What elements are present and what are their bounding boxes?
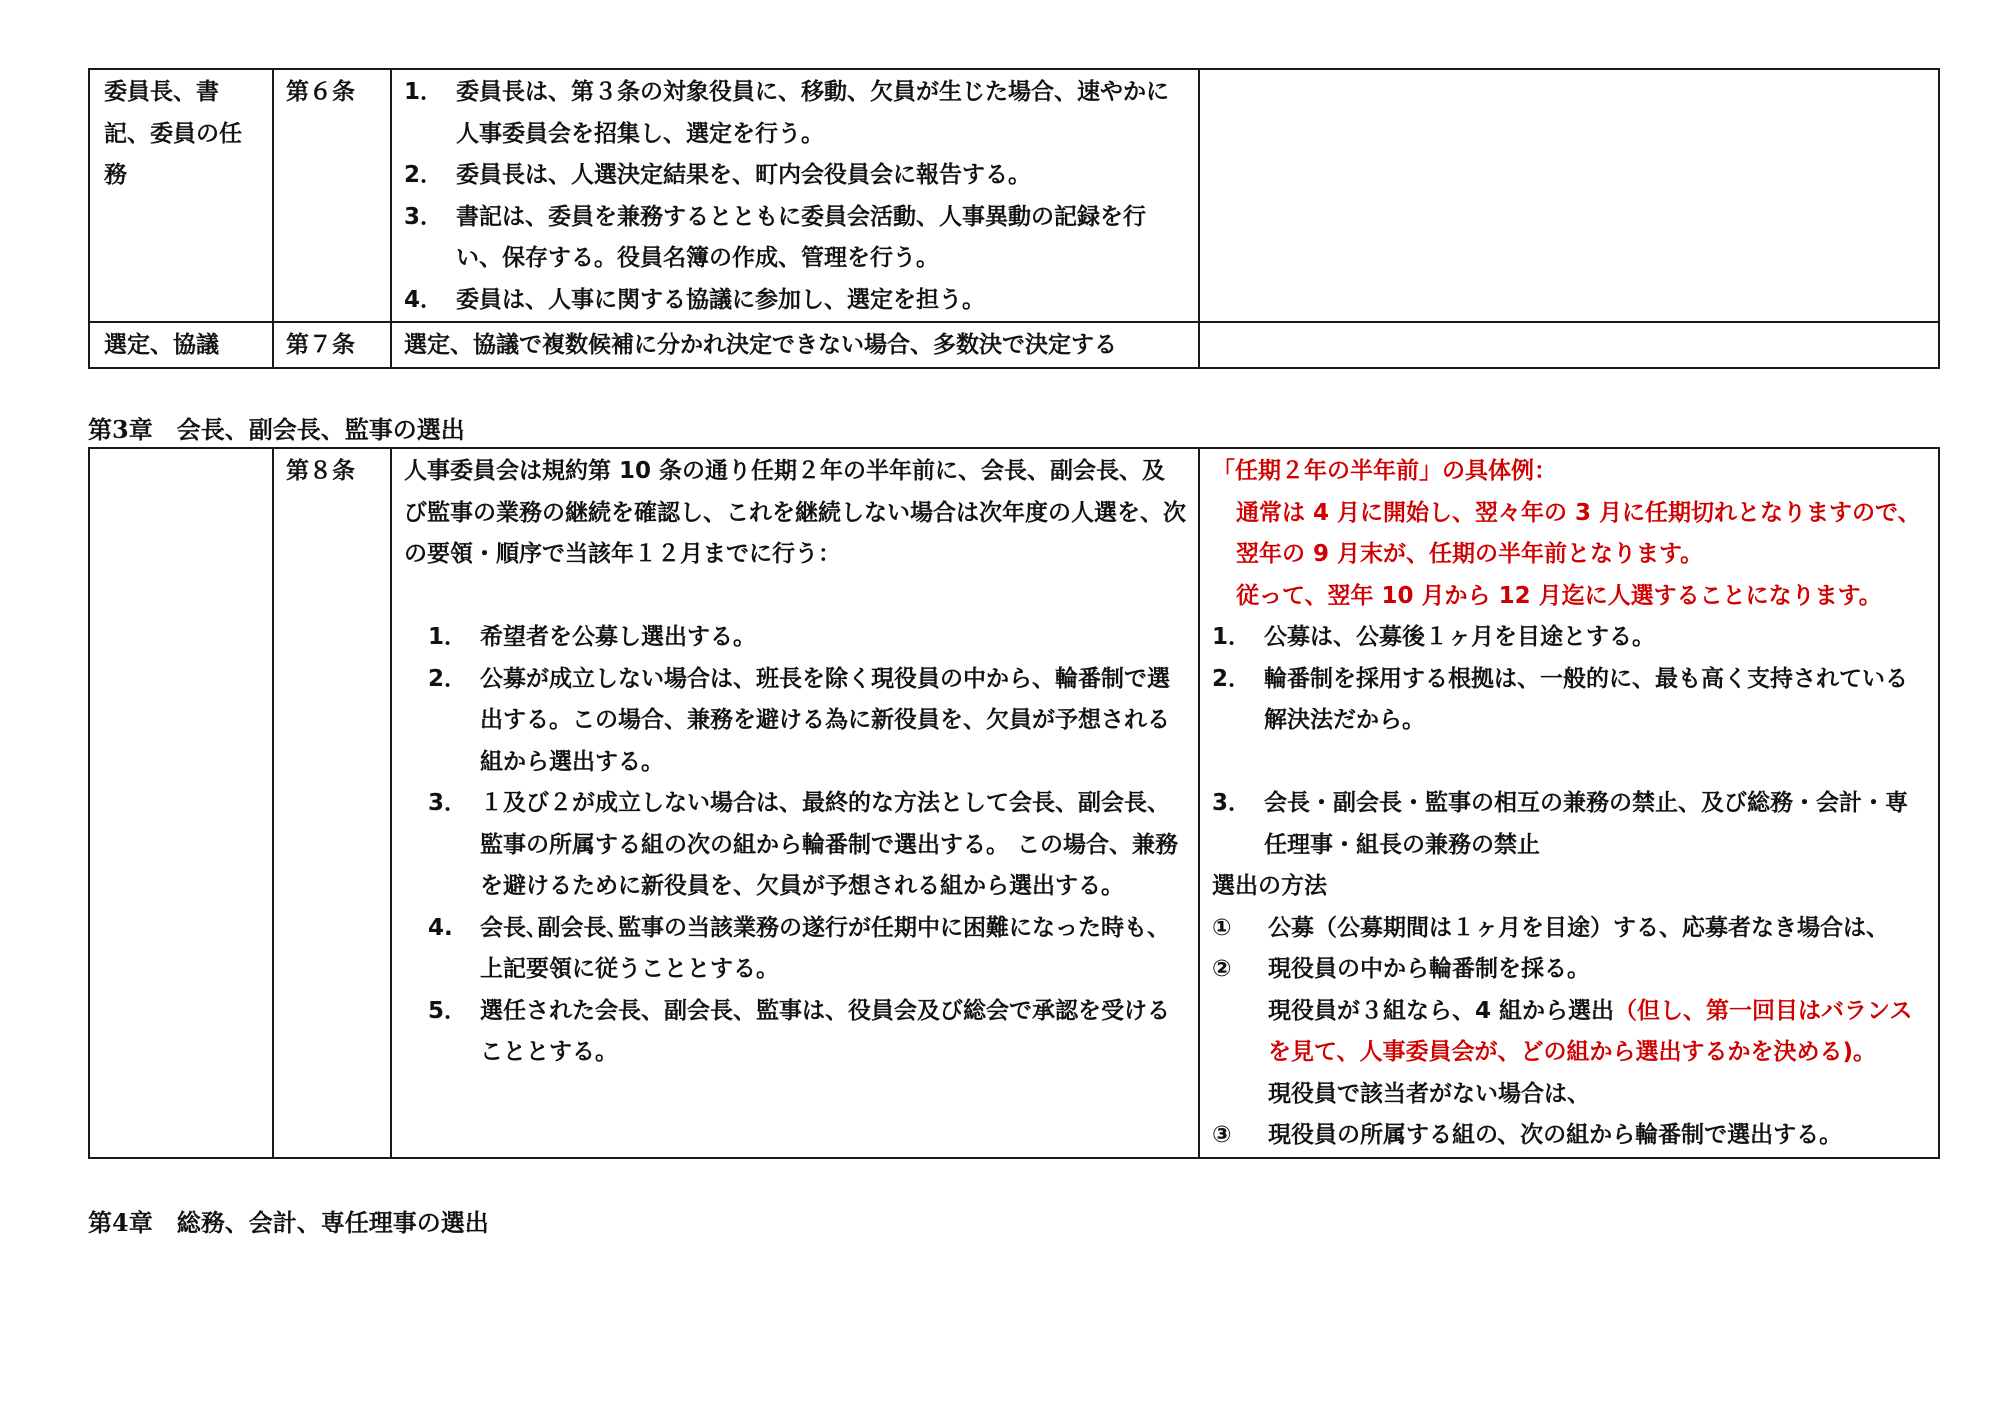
- list-item: 1． 希望者を公募し選出する。: [404, 617, 1186, 659]
- table-chapter2-articles: 委員長、書記、委員の任務 第６条 1． 委員長は、第３条の対象役員に、移動、欠員…: [88, 68, 1940, 369]
- item-number: 2．: [428, 659, 480, 784]
- list-item: 3． 書記は、委員を兼務するとともに委員会活動、人事異動の記録を行い、保存する。…: [404, 197, 1186, 280]
- note-cell: 「任期２年の半年前」の具体例： 通常は 4 月に開始し、翌々年の 3 月に任期切…: [1199, 448, 1939, 1158]
- item-number: 1．: [404, 72, 456, 155]
- method-sub-note-2: 現役員で該当者がない場合は、: [1212, 1074, 1926, 1116]
- table-row: 選定、協議 第７条 選定、協議で複数候補に分かれ決定できない場合、多数決で決定す…: [89, 322, 1939, 368]
- item-text: 書記は、委員を兼務するとともに委員会活動、人事異動の記録を行い、保存する。役員名…: [456, 197, 1186, 280]
- item-number: 3．: [428, 783, 480, 908]
- table-row: 委員長、書記、委員の任務 第６条 1． 委員長は、第３条の対象役員に、移動、欠員…: [89, 69, 1939, 322]
- item-text: 会長､副会長､監事の当該業務の遂行が任期中に困難になった時も、上記要領に従うこと…: [480, 908, 1186, 991]
- list-item: 2． 公募が成立しない場合は、班長を除く現役員の中から、輪番制で選出する。この場…: [404, 659, 1186, 784]
- chapter-3-title: 第3章 会長、副会長、監事の選出: [88, 410, 465, 445]
- method-title: 選出の方法: [1212, 866, 1926, 908]
- topic-cell: 選定、協議: [89, 322, 273, 368]
- item-text: 輪番制を採用する根拠は、一般的に、最も高く支持されている解決法だから。: [1264, 659, 1926, 742]
- item-number: 1．: [428, 617, 480, 659]
- content-cell: 人事委員会は規約第 10 条の通り任期２年の半年前に、会長、副会長、及び監事の業…: [391, 448, 1199, 1158]
- note-cell: [1199, 69, 1939, 322]
- item-number: 4.: [428, 908, 480, 991]
- item-text: 現役員の中から輪番制を採る。: [1268, 949, 1926, 991]
- note-red-line: 従って、翌年 10 月から 12 月迄に人選することになります。: [1212, 576, 1926, 618]
- method-sub-note: 現役員が３組なら、4 組から選出（但し、第一回目はバランスを見て、人事委員会が、…: [1212, 991, 1926, 1074]
- method-item: ① 公募（公募期間は１ヶ月を目途）する、応募者なき場合は、: [1212, 908, 1926, 950]
- note-item: 2． 輪番制を採用する根拠は、一般的に、最も高く支持されている解決法だから。: [1212, 659, 1926, 742]
- list-item: 5． 選任された会長、副会長、監事は、役員会及び総会で承認を受けることとする。: [404, 991, 1186, 1074]
- spacer: [404, 576, 1186, 618]
- list-item: 2． 委員長は、人選決定結果を、町内会役員会に報告する。: [404, 155, 1186, 197]
- item-text: 委員長は、第３条の対象役員に、移動、欠員が生じた場合、速やかに人事委員会を招集し…: [456, 72, 1186, 155]
- item-text: 会長・副会長・監事の相互の兼務の禁止、及び総務・会計・専任理事・組長の兼務の禁止: [1264, 783, 1926, 866]
- list-item: 4． 委員は、人事に関する協議に参加し、選定を担う。: [404, 280, 1186, 322]
- item-number: 4．: [404, 280, 456, 322]
- item-number: 3．: [404, 197, 456, 280]
- circled-number: ②: [1212, 949, 1268, 991]
- list-item: 4. 会長､副会長､監事の当該業務の遂行が任期中に困難になった時も、上記要領に従…: [404, 908, 1186, 991]
- topic-cell: [89, 448, 273, 1158]
- note-cell: [1199, 322, 1939, 368]
- topic-cell: 委員長、書記、委員の任務: [89, 69, 273, 322]
- note-red-heading: 「任期２年の半年前」の具体例：: [1212, 451, 1926, 493]
- chapter-4-title: 第4章 総務、会計、専任理事の選出: [88, 1203, 489, 1238]
- item-number: 2．: [404, 155, 456, 197]
- note-red-line: 通常は 4 月に開始し、翌々年の 3 月に任期切れとなりますので、翌年の 9 月…: [1212, 493, 1926, 576]
- item-text: 委員長は、人選決定結果を、町内会役員会に報告する。: [456, 155, 1186, 197]
- item-text: １及び２が成立しない場合は、最終的な方法として会長、副会長、監事の所属する組の次…: [480, 783, 1186, 908]
- method-item: ② 現役員の中から輪番制を採る。: [1212, 949, 1926, 991]
- table-chapter3-articles: 第８条 人事委員会は規約第 10 条の通り任期２年の半年前に、会長、副会長、及び…: [88, 447, 1940, 1159]
- article-cell: 第６条: [273, 69, 391, 322]
- item-number: 3．: [1212, 783, 1264, 866]
- item-text: 公募（公募期間は１ヶ月を目途）する、応募者なき場合は、: [1268, 908, 1926, 950]
- circled-number: ③: [1212, 1115, 1268, 1157]
- article-cell: 第７条: [273, 322, 391, 368]
- item-number: 5．: [428, 991, 480, 1074]
- item-number: 1．: [1212, 617, 1264, 659]
- item-text: 選任された会長、副会長、監事は、役員会及び総会で承認を受けることとする。: [480, 991, 1186, 1074]
- content-cell: 選定、協議で複数候補に分かれ決定できない場合、多数決で決定する: [391, 322, 1199, 368]
- method-item: ③ 現役員の所属する組の、次の組から輪番制で選出する。: [1212, 1115, 1926, 1157]
- article-cell: 第８条: [273, 448, 391, 1158]
- list-item: 1． 委員長は、第３条の対象役員に、移動、欠員が生じた場合、速やかに人事委員会を…: [404, 72, 1186, 155]
- table-row: 第８条 人事委員会は規約第 10 条の通り任期２年の半年前に、会長、副会長、及び…: [89, 448, 1939, 1158]
- item-text: 希望者を公募し選出する。: [480, 617, 1186, 659]
- circled-number: ①: [1212, 908, 1268, 950]
- note-item: 3． 会長・副会長・監事の相互の兼務の禁止、及び総務・会計・専任理事・組長の兼務…: [1212, 783, 1926, 866]
- content-cell: 1． 委員長は、第３条の対象役員に、移動、欠員が生じた場合、速やかに人事委員会を…: [391, 69, 1199, 322]
- list-item: 3． １及び２が成立しない場合は、最終的な方法として会長、副会長、監事の所属する…: [404, 783, 1186, 908]
- item-text: 公募は、公募後１ヶ月を目途とする。: [1264, 617, 1926, 659]
- item-text: 現役員の所属する組の、次の組から輪番制で選出する。: [1268, 1115, 1926, 1157]
- method-sub-black: 現役員が３組なら、4 組から選出: [1268, 998, 1614, 1024]
- note-item: 1． 公募は、公募後１ヶ月を目途とする。: [1212, 617, 1926, 659]
- item-text: 公募が成立しない場合は、班長を除く現役員の中から、輪番制で選出する。この場合、兼…: [480, 659, 1186, 784]
- item-number: 2．: [1212, 659, 1264, 742]
- spacer: [1212, 742, 1926, 784]
- article-intro: 人事委員会は規約第 10 条の通り任期２年の半年前に、会長、副会長、及び監事の業…: [404, 451, 1186, 576]
- item-text: 委員は、人事に関する協議に参加し、選定を担う。: [456, 280, 1186, 322]
